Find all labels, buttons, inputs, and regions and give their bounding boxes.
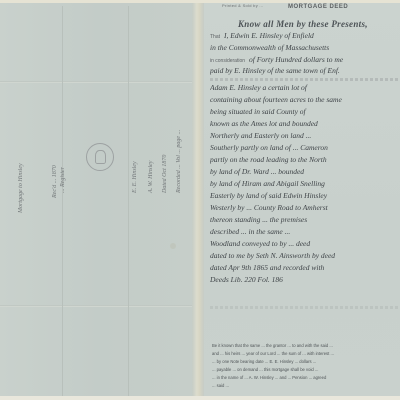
page-fold-spine (192, 3, 204, 396)
acknowledgment-line: ... in the name of ... A. W. Hinsley ...… (212, 374, 398, 382)
line-text: in the Commonwealth of Massachusetts (210, 43, 329, 52)
deed-line: by land of Hiram and Abigail Snelling (210, 178, 400, 190)
deed-line: Southerly partly on land of ... Cameron (210, 142, 400, 154)
line-prefix: That (210, 34, 220, 40)
deed-line: in the Commonwealth of Massachusetts (210, 42, 400, 54)
seal-emblem (86, 143, 114, 171)
line-text: Adam E. Hinsley a certain lot of (210, 83, 307, 92)
docket-page: Mortgage to Hinsley Rec'd ... 1870 ... R… (0, 3, 198, 396)
line-text: partly on the road leading to the North (210, 155, 327, 164)
fold-line (62, 6, 63, 399)
deed-line: ThatI, Edwin E. Hinsley of Enfield (210, 30, 400, 42)
docket-text: Recorded ... Vol ... page ... (176, 113, 183, 193)
docket-text: Rec'd ... 1870 (52, 138, 59, 198)
deed-line: partly on the road leading to the North (210, 154, 400, 166)
line-text: Northerly and Easterly on land ... (210, 131, 311, 140)
fold-line (210, 306, 400, 309)
document-type-label: MORTGAGE DEED (288, 4, 348, 10)
line-text: Westerly by ... County Road to Amherst (210, 203, 328, 212)
publisher-line: Printed & Sold by ... (222, 3, 264, 8)
fold-line (128, 6, 129, 399)
deed-line: by land of Dr. Ward ... bounded (210, 166, 400, 178)
line-text: dated to me by Seth N. Ainsworth by deed (210, 251, 335, 260)
line-text: by land of Dr. Ward ... bounded (210, 167, 304, 176)
line-text: dated Apr 9th 1865 and recorded with (210, 263, 324, 272)
deed-line: paid by E. Hinsley of the same town of E… (210, 65, 400, 77)
deed-line: Woodland conveyed to by ... deed (210, 238, 400, 250)
deed-line: described ... in the same ... (210, 226, 400, 238)
acknowledgment-line: and ... his heirs ... year of our Lord .… (212, 350, 398, 358)
line-prefix: in consideration (210, 58, 245, 64)
deed-line: dated to me by Seth N. Ainsworth by deed (210, 250, 400, 262)
printed-fine-text (210, 78, 400, 81)
paper-bottom-edge (0, 396, 400, 400)
deed-line: containing about fourteen acres to the s… (210, 94, 400, 106)
docket-text: A. W. Hinsley (148, 113, 155, 193)
line-text: containing about fourteen acres to the s… (210, 95, 342, 104)
docket-text: ... Register (60, 143, 67, 193)
line-text: thereon standing ... the premises (210, 215, 307, 224)
line-text: by land of Hiram and Abigail Snelling (210, 179, 325, 188)
line-text: Deeds Lib. 220 Fol. 186 (210, 275, 283, 284)
line-text: described ... in the same ... (210, 227, 290, 236)
deed-line: Easterly by land of said Edwin Hinsley (210, 190, 400, 202)
line-text: of Forty Hundred dollars to me (249, 55, 343, 64)
deed-line: thereon standing ... the premises (210, 214, 400, 226)
acknowledgment-line: ... said ... (212, 382, 398, 390)
acknowledgment-line: ... by one Note bearing date ... E. E. H… (212, 358, 398, 366)
fold-line (0, 81, 198, 83)
acknowledgment-line: Be it known that the same ... the granto… (212, 342, 398, 350)
line-text: I, Edwin E. Hinsley of Enfield (224, 31, 314, 40)
document-title: Know all Men by these Presents, (238, 19, 368, 29)
deed-line: Westerly by ... County Road to Amherst (210, 202, 400, 214)
deed-line: Northerly and Easterly on land ... (210, 130, 400, 142)
line-text: Woodland conveyed to by ... deed (210, 239, 310, 248)
line-text: being situated in said County of (210, 107, 306, 116)
acknowledgment-line: ... payable ... on demand ... this mortg… (212, 366, 398, 374)
fold-line (0, 305, 198, 307)
deed-line: Deeds Lib. 220 Fol. 186 (210, 274, 400, 286)
line-text: paid by E. Hinsley of the same town of E… (210, 66, 340, 75)
deed-line: Adam E. Hinsley a certain lot of (210, 82, 400, 94)
scanned-document: Mortgage to Hinsley Rec'd ... 1870 ... R… (0, 0, 400, 400)
line-text: known as the Ames lot and bounded (210, 119, 318, 128)
deed-line: dated Apr 9th 1865 and recorded with (210, 262, 400, 274)
docket-text: E. E. Hinsley (132, 113, 139, 193)
line-text: Southerly partly on land of ... Cameron (210, 143, 328, 152)
deed-line: being situated in said County of (210, 106, 400, 118)
paper-stain (170, 243, 176, 249)
deed-line: known as the Ames lot and bounded (210, 118, 400, 130)
docket-text: Mortgage to Hinsley (18, 118, 25, 213)
docket-text: Dated Oct 1870 (162, 113, 169, 193)
line-text: Easterly by land of said Edwin Hinsley (210, 191, 327, 200)
